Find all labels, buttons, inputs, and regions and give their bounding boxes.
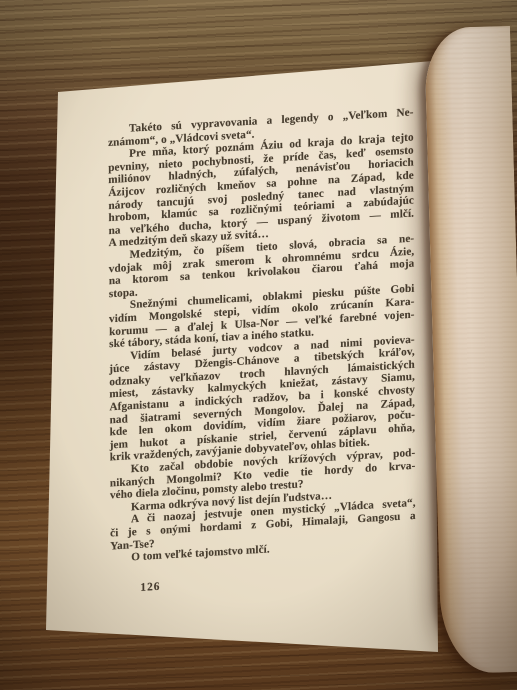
page-number: 126 xyxy=(140,566,416,594)
paragraph: Vidím belasé jurty vodcov a nad nimi pov… xyxy=(109,333,415,464)
paragraph: Pre mňa, ktorý poznám Áziu od kraja do k… xyxy=(108,132,414,251)
photo-scene: Takéto sú vypravovania a legendy o „Veľk… xyxy=(0,0,517,690)
page-text: Takéto sú vypravovania a legendy o „Veľk… xyxy=(108,106,416,596)
paragraph-list: Takéto sú vypravovania a legendy o „Veľk… xyxy=(108,106,416,565)
